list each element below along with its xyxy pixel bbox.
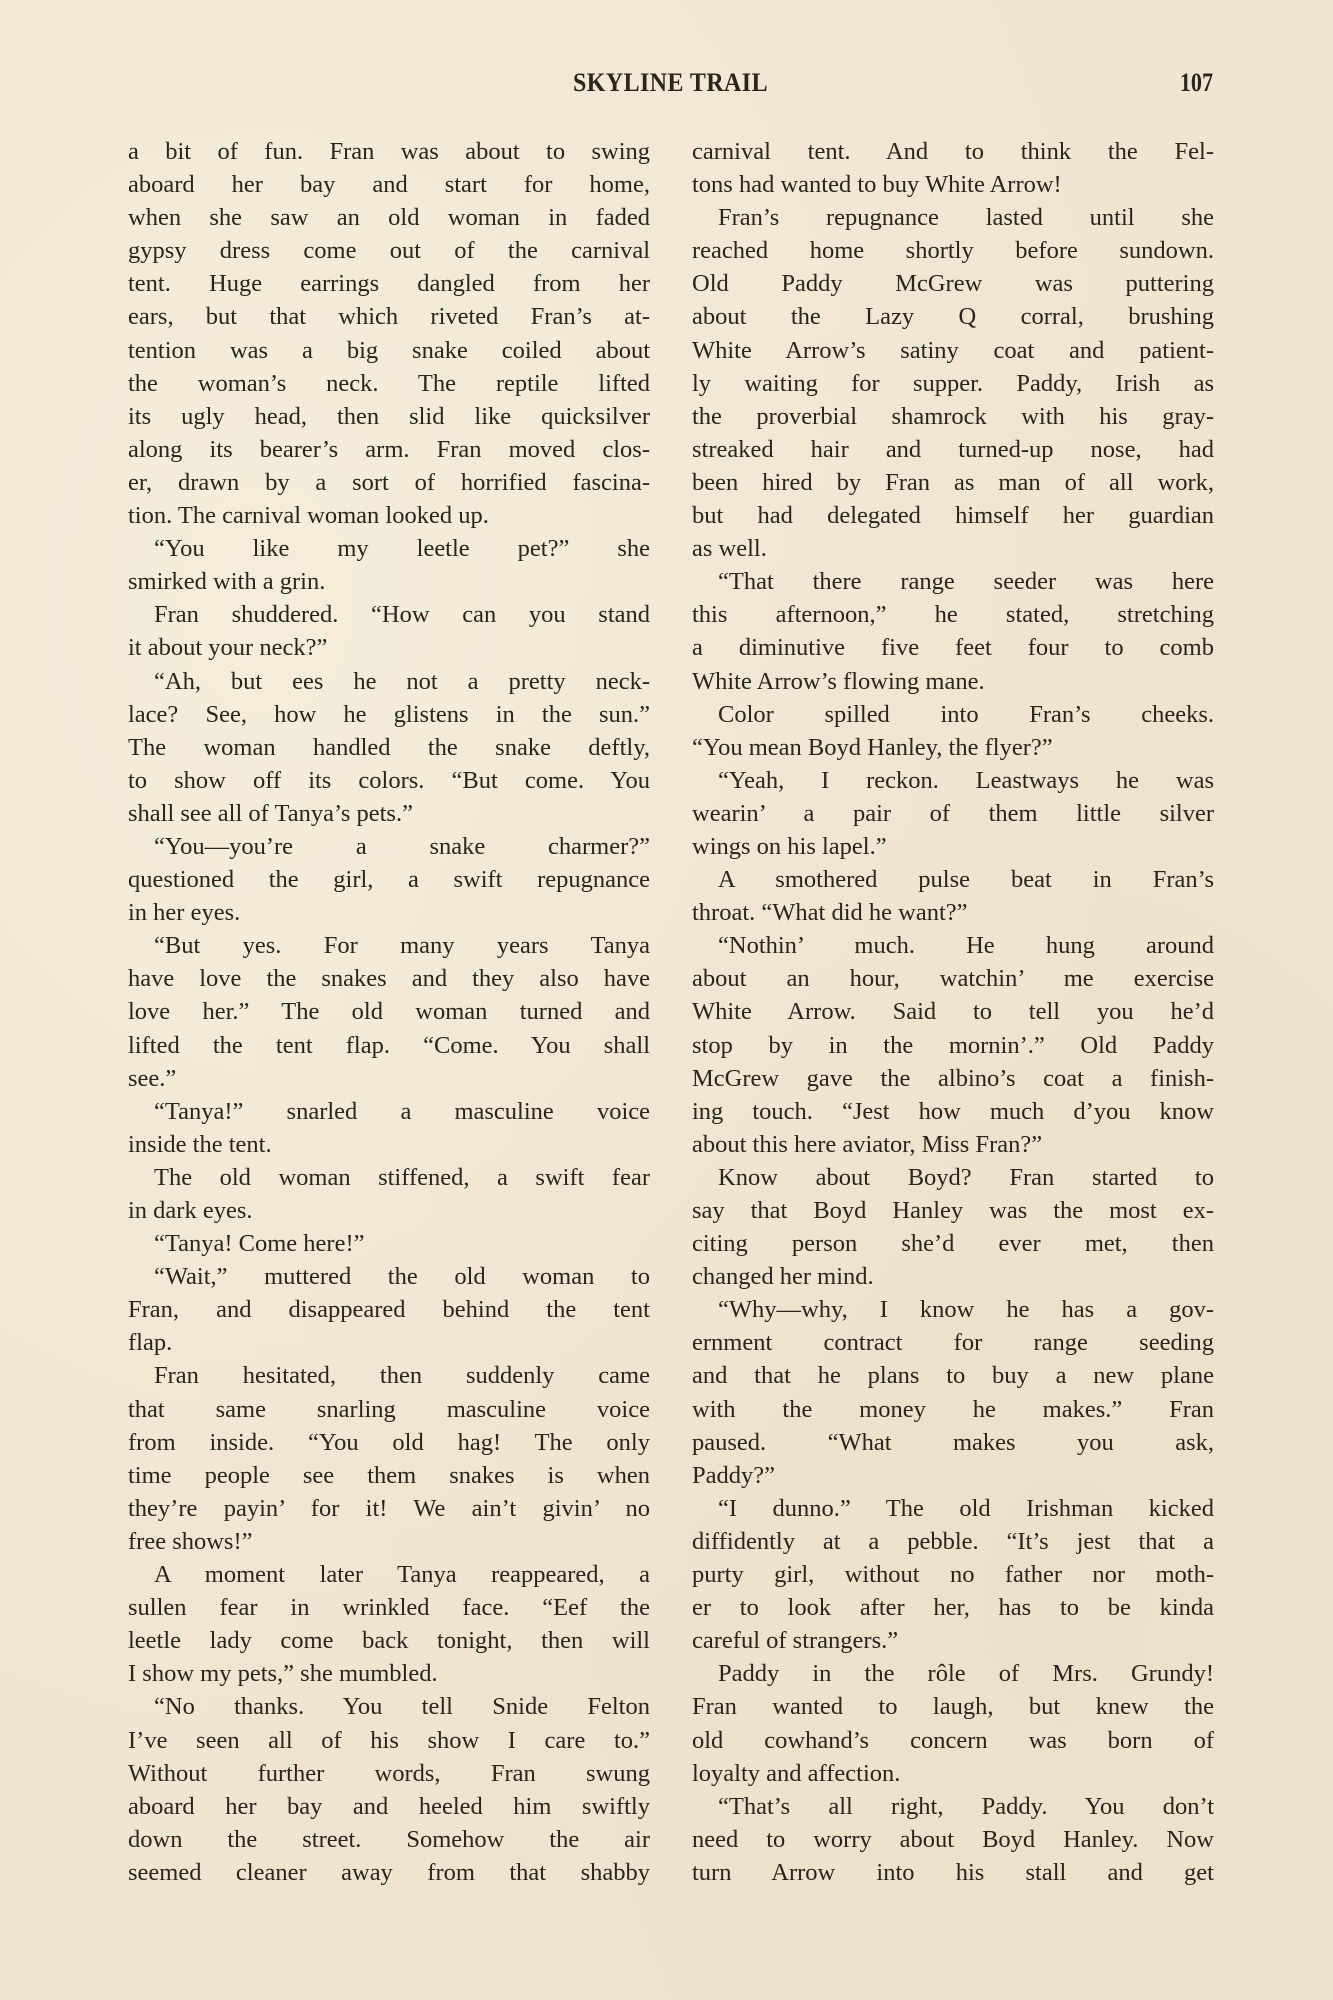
text-line: citing person she’d ever met, then	[692, 1227, 1214, 1260]
text-line: White Arrow’s satiny coat and patient-	[692, 334, 1214, 367]
text-line: streaked hair and turned-up nose, had	[692, 433, 1214, 466]
text-line: Know about Boyd? Fran started to	[692, 1161, 1214, 1194]
text-line: questioned the girl, a swift repugnance	[128, 863, 650, 896]
text-line: tent. Huge earrings dangled from her	[128, 267, 650, 300]
text-line: Fran shuddered. “How can you stand	[128, 598, 650, 631]
text-line: “No thanks. You tell Snide Felton	[128, 1690, 650, 1723]
text-line: aboard her bay and heeled him swiftly	[128, 1790, 650, 1823]
text-line: smirked with a grin.	[128, 565, 650, 598]
text-line: in her eyes.	[128, 896, 650, 929]
text-line: “Ah, but ees he not a pretty neck-	[128, 665, 650, 698]
text-line: ly waiting for supper. Paddy, Irish as	[692, 367, 1214, 400]
text-line: lace? See, how he glistens in the sun.”	[128, 698, 650, 731]
text-line: about this here aviator, Miss Fran?”	[692, 1128, 1214, 1161]
text-line: the woman’s neck. The reptile lifted	[128, 367, 650, 400]
text-line: with the money he makes.” Fran	[692, 1393, 1214, 1426]
text-line: inside the tent.	[128, 1128, 650, 1161]
text-column-right: carnival tent. And to think the Fel-tons…	[692, 135, 1214, 1889]
text-line: I show my pets,” she mumbled.	[128, 1657, 650, 1690]
text-line: reached home shortly before sundown.	[692, 234, 1214, 267]
text-line: old cowhand’s concern was born of	[692, 1724, 1214, 1757]
text-line: a bit of fun. Fran was about to swing	[128, 135, 650, 168]
text-line: time people see them snakes is when	[128, 1459, 650, 1492]
text-line: about the Lazy Q corral, brushing	[692, 300, 1214, 333]
text-line: turn Arrow into his stall and get	[692, 1856, 1214, 1889]
text-line: loyalty and affection.	[692, 1757, 1214, 1790]
text-line: Fran hesitated, then suddenly came	[128, 1359, 650, 1392]
text-line: ing touch. “Jest how much d’you know	[692, 1095, 1214, 1128]
text-line: A moment later Tanya reappeared, a	[128, 1558, 650, 1591]
text-line: White Arrow. Said to tell you he’d	[692, 995, 1214, 1028]
text-line: it about your neck?”	[128, 631, 650, 664]
text-line: lifted the tent flap. “Come. You shall	[128, 1029, 650, 1062]
text-line: from inside. “You old hag! The only	[128, 1426, 650, 1459]
text-line: diffidently at a pebble. “It’s jest that…	[692, 1525, 1214, 1558]
text-line: wearin’ a pair of them little silver	[692, 797, 1214, 830]
text-line: free shows!”	[128, 1525, 650, 1558]
text-line: about an hour, watchin’ me exercise	[692, 962, 1214, 995]
book-page: SKYLINE TRAIL 107 a bit of fun. Fran was…	[0, 0, 1333, 2000]
text-line: er, drawn by a sort of horrified fascina…	[128, 466, 650, 499]
text-line: say that Boyd Hanley was the most ex-	[692, 1194, 1214, 1227]
page-number: 107	[1180, 68, 1213, 98]
running-head: SKYLINE TRAIL 107	[128, 68, 1213, 102]
text-line: when she saw an old woman in faded	[128, 201, 650, 234]
text-line: ernment contract for range seeding	[692, 1326, 1214, 1359]
text-line: this afternoon,” he stated, stretching	[692, 598, 1214, 631]
text-line: The woman handled the snake deftly,	[128, 731, 650, 764]
text-line: down the street. Somehow the air	[128, 1823, 650, 1856]
text-line: to show off its colors. “But come. You	[128, 764, 650, 797]
text-line: “That there range seeder was here	[692, 565, 1214, 598]
text-line: aboard her bay and start for home,	[128, 168, 650, 201]
text-line: changed her mind.	[692, 1260, 1214, 1293]
text-line: carnival tent. And to think the Fel-	[692, 135, 1214, 168]
text-line: love her.” The old woman turned and	[128, 995, 650, 1028]
text-line: and that he plans to buy a new plane	[692, 1359, 1214, 1392]
text-line: “Wait,” muttered the old woman to	[128, 1260, 650, 1293]
text-line: in dark eyes.	[128, 1194, 650, 1227]
text-line: “Nothin’ much. He hung around	[692, 929, 1214, 962]
text-line: shall see all of Tanya’s pets.”	[128, 797, 650, 830]
text-line: need to worry about Boyd Hanley. Now	[692, 1823, 1214, 1856]
text-line: “That’s all right, Paddy. You don’t	[692, 1790, 1214, 1823]
text-line: McGrew gave the albino’s coat a finish-	[692, 1062, 1214, 1095]
text-line: “Why—why, I know he has a gov-	[692, 1293, 1214, 1326]
text-line: been hired by Fran as man of all work,	[692, 466, 1214, 499]
text-line: but had delegated himself her guardian	[692, 499, 1214, 532]
text-line: tons had wanted to buy White Arrow!	[692, 168, 1214, 201]
text-line: Color spilled into Fran’s cheeks.	[692, 698, 1214, 731]
text-line: “Yeah, I reckon. Leastways he was	[692, 764, 1214, 797]
text-line: “Tanya!” snarled a masculine voice	[128, 1095, 650, 1128]
text-line: the proverbial shamrock with his gray-	[692, 400, 1214, 433]
text-line: “You like my leetle pet?” she	[128, 532, 650, 565]
running-title: SKYLINE TRAIL	[171, 68, 1169, 98]
text-line: they’re payin’ for it! We ain’t givin’ n…	[128, 1492, 650, 1525]
text-line: stop by in the mornin’.” Old Paddy	[692, 1029, 1214, 1062]
text-line: see.”	[128, 1062, 650, 1095]
text-line: White Arrow’s flowing mane.	[692, 665, 1214, 698]
text-line: “You mean Boyd Hanley, the flyer?”	[692, 731, 1214, 764]
text-line: tention was a big snake coiled about	[128, 334, 650, 367]
text-line: Fran wanted to laugh, but knew the	[692, 1690, 1214, 1723]
text-line: “Tanya! Come here!”	[128, 1227, 650, 1260]
text-line: “I dunno.” The old Irishman kicked	[692, 1492, 1214, 1525]
text-line: purty girl, without no father nor moth-	[692, 1558, 1214, 1591]
text-line: its ugly head, then slid like quicksilve…	[128, 400, 650, 433]
text-line: have love the snakes and they also have	[128, 962, 650, 995]
text-column-left: a bit of fun. Fran was about to swingabo…	[128, 135, 650, 1889]
text-line: along its bearer’s arm. Fran moved clos-	[128, 433, 650, 466]
text-line: Paddy?”	[692, 1459, 1214, 1492]
text-line: tion. The carnival woman looked up.	[128, 499, 650, 532]
text-line: “But yes. For many years Tanya	[128, 929, 650, 962]
text-line: Paddy in the rôle of Mrs. Grundy!	[692, 1657, 1214, 1690]
text-line: ears, but that which riveted Fran’s at-	[128, 300, 650, 333]
text-line: “You—you’re a snake charmer?”	[128, 830, 650, 863]
text-line: leetle lady come back tonight, then will	[128, 1624, 650, 1657]
text-line: wings on his lapel.”	[692, 830, 1214, 863]
text-line: The old woman stiffened, a swift fear	[128, 1161, 650, 1194]
text-line: paused. “What makes you ask,	[692, 1426, 1214, 1459]
text-line: gypsy dress come out of the carnival	[128, 234, 650, 267]
text-line: A smothered pulse beat in Fran’s	[692, 863, 1214, 896]
text-line: Without further words, Fran swung	[128, 1757, 650, 1790]
text-line: that same snarling masculine voice	[128, 1393, 650, 1426]
text-line: Fran, and disappeared behind the tent	[128, 1293, 650, 1326]
text-line: Fran’s repugnance lasted until she	[692, 201, 1214, 234]
text-line: sullen fear in wrinkled face. “Eef the	[128, 1591, 650, 1624]
text-line: throat. “What did he want?”	[692, 896, 1214, 929]
text-line: flap.	[128, 1326, 650, 1359]
text-line: a diminutive five feet four to comb	[692, 631, 1214, 664]
text-line: I’ve seen all of his show I care to.”	[128, 1724, 650, 1757]
text-line: careful of strangers.”	[692, 1624, 1214, 1657]
text-line: as well.	[692, 532, 1214, 565]
text-line: er to look after her, has to be kinda	[692, 1591, 1214, 1624]
text-line: seemed cleaner away from that shabby	[128, 1856, 650, 1889]
text-line: Old Paddy McGrew was puttering	[692, 267, 1214, 300]
